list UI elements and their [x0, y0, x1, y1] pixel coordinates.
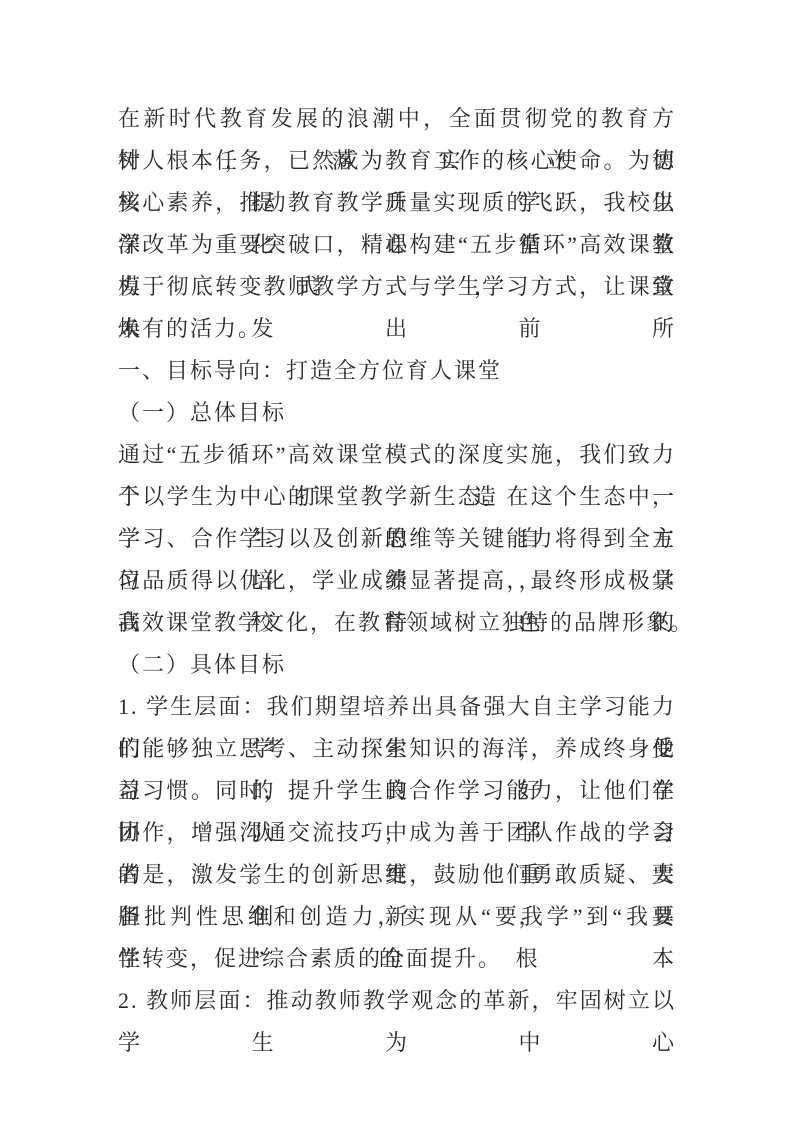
text-line: 学习、合作学习以及创新思维等关键能力将得到全方位培养，学	[118, 518, 676, 560]
text-line: 力于彻底转变教师教学方式与学生学习方式，让课堂焕发出前所	[118, 266, 676, 308]
text-line: 1. 学生层面：我们期望培养出具备强大自主学习能力的学生，他	[118, 686, 676, 728]
sub-heading: （一）总体目标	[118, 392, 676, 434]
text-line: 高效课堂教学文化，在教育领域树立独特的品牌形象。	[118, 602, 676, 644]
text-line: 核心素养，推动教育教学质量实现质的飞跃，我校以深化课堂教	[118, 182, 676, 224]
text-line: 的是，激发学生的创新思维，鼓励他们勇敢质疑、大胆创新，具	[118, 854, 676, 896]
sub-heading: （二）具体目标	[118, 644, 676, 686]
document-body: 在新时代教育发展的浪潮中，全面贯彻党的教育方针，落实立德树人根本任务，已然成为教…	[118, 98, 676, 1022]
document-page: 在新时代教育发展的浪潮中，全面贯彻党的教育方针，落实立德树人根本任务，已然成为教…	[0, 0, 793, 1122]
text-line: 通过“五步循环”高效课堂模式的深度实施，我们致力于打造一	[118, 434, 676, 476]
text-line: 树人根本任务，已然成为教育工作的核心使命。为切实提升学生	[118, 140, 676, 182]
text-line: 在新时代教育发展的浪潮中，全面贯彻党的教育方针，落实立德	[118, 98, 676, 140]
text-line: 习习惯。同时，提升学生的合作学习能力，让他们在团队中学会	[118, 770, 676, 812]
section-heading: 一、目标导向：打造全方位育人课堂	[118, 350, 676, 392]
text-line: 2. 教师层面：推动教师教学观念的革新，牢固树立以学生为中心	[118, 980, 676, 1022]
text-line: 备批判性思维和创造力，实现从“要我学”到“我要学”的根本	[118, 896, 676, 938]
text-line: 们能够独立思考、主动探索知识的海洋，养成终身受益的良好学	[118, 728, 676, 770]
text-line: 个以学生为中心的课堂教学新生态。在这个生态中，学生的自主	[118, 476, 676, 518]
text-line: 学改革为重要突破口，精心构建“五步循环”高效课堂模式，致	[118, 224, 676, 266]
text-line: 习品质得以优化，学业成绩显著提高，最终形成极具我校特色的	[118, 560, 676, 602]
text-line: 协作，增强沟通交流技巧，成为善于团队作战的学习者。更重要	[118, 812, 676, 854]
